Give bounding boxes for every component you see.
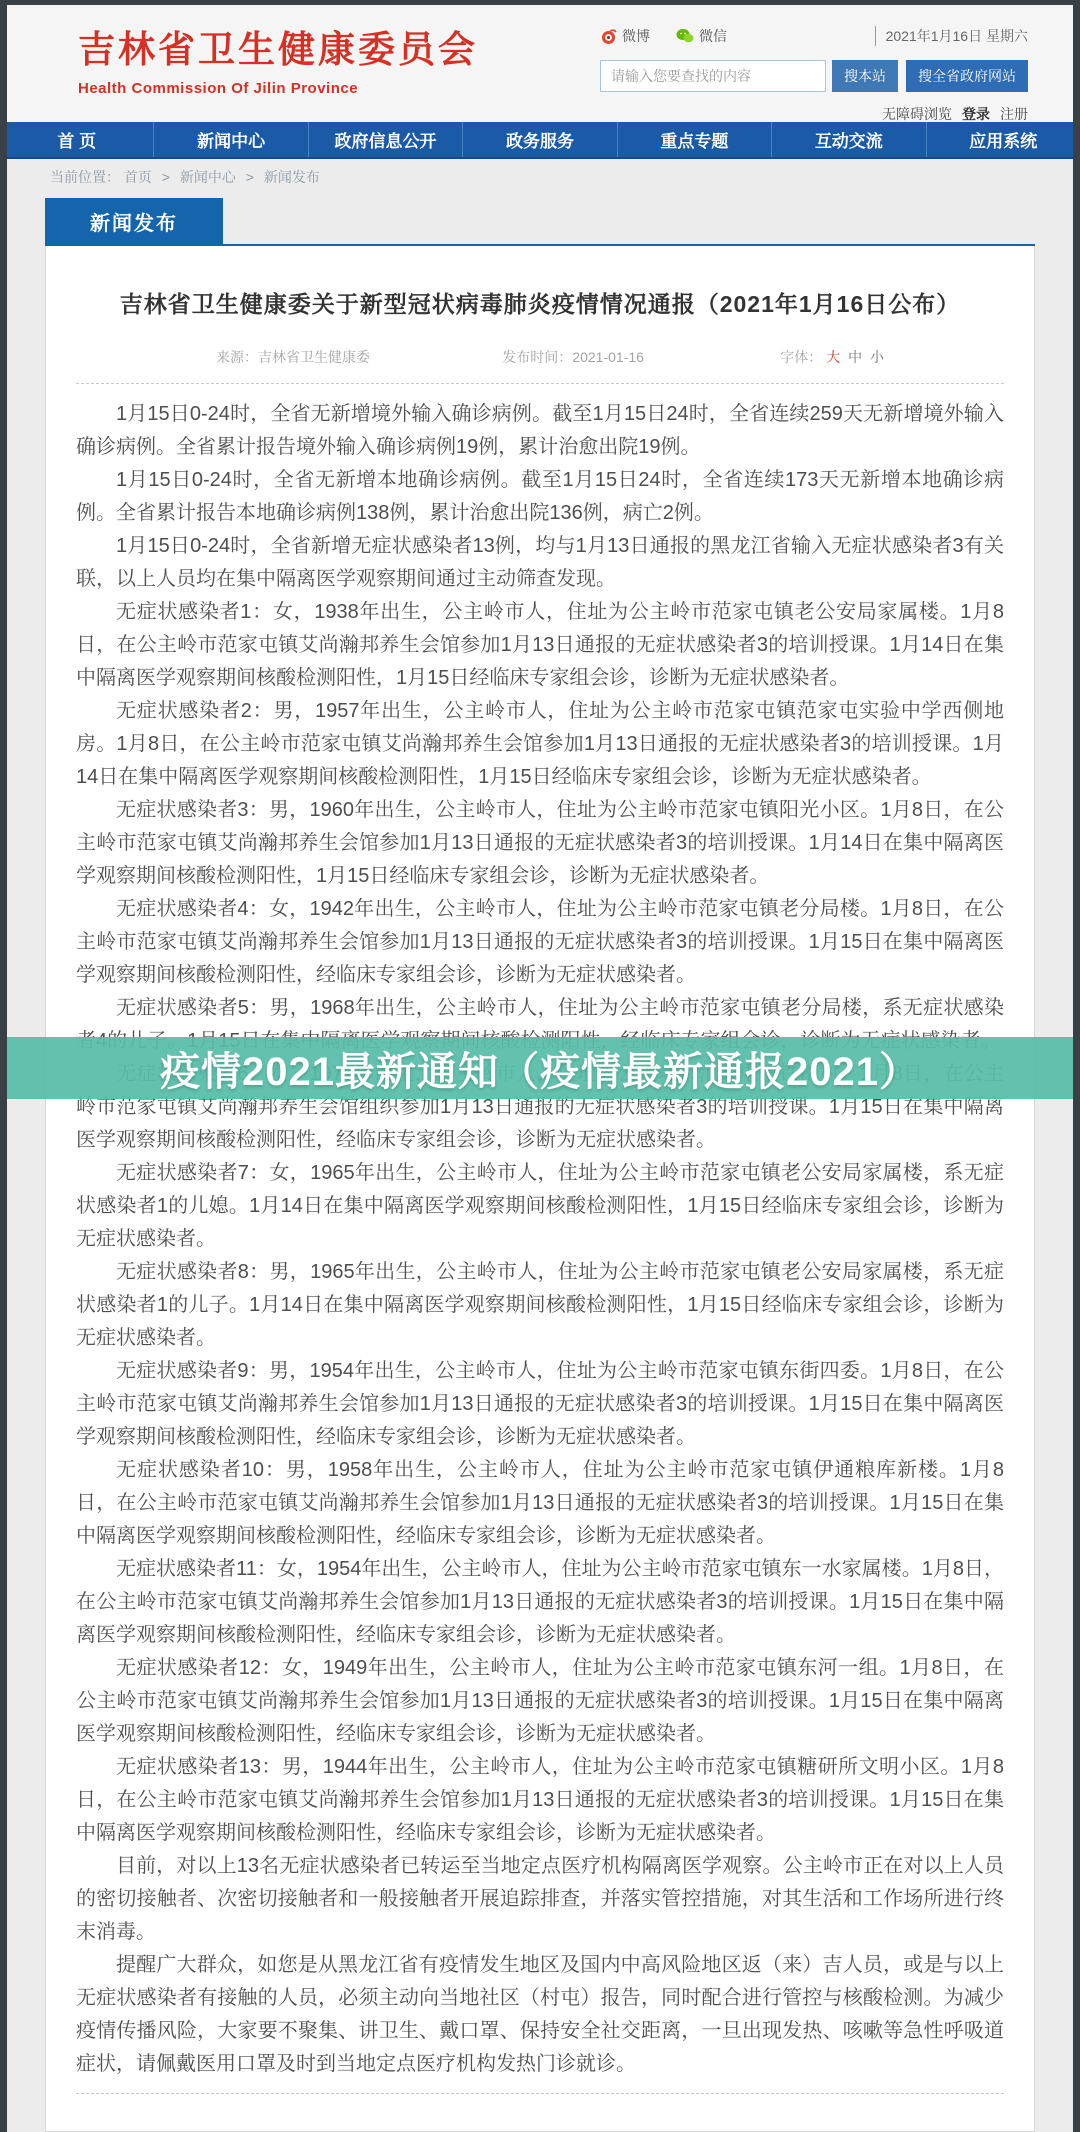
page: 吉林省卫生健康委员会 Health Commission Of Jilin Pr… bbox=[0, 0, 1080, 2132]
article-paragraph: 无症状感染者10：男，1958年出生，公主岭市人，住址为公主岭市范家屯镇伊通粮库… bbox=[76, 1454, 1004, 1553]
article-paragraph: 无症状感染者1：女，1938年出生，公主岭市人，住址为公主岭市范家屯镇老公安局家… bbox=[76, 596, 1004, 695]
article-paragraph: 无症状感染者7：女，1965年出生，公主岭市人，住址为公主岭市范家屯镇老公安局家… bbox=[76, 1157, 1004, 1256]
tab-news-release[interactable]: 新闻发布 bbox=[45, 198, 223, 245]
wechat-icon bbox=[676, 28, 694, 44]
article-title: 吉林省卫生健康委关于新型冠状病毒肺炎疫情情况通报（2021年1月16日公布） bbox=[101, 286, 979, 319]
article-paragraph: 1月15日0-24时，全省无新增本地确诊病例。截至1月15日24时，全省连续17… bbox=[76, 464, 1004, 530]
site-title-cn: 吉林省卫生健康委员会 bbox=[78, 19, 478, 73]
font-label: 字体： bbox=[780, 349, 822, 365]
register-link[interactable]: 注册 bbox=[1000, 104, 1028, 124]
nav-item-gov-info[interactable]: 政府信息公开 bbox=[308, 122, 462, 157]
site-header: 吉林省卫生健康委员会 Health Commission Of Jilin Pr… bbox=[0, 5, 1080, 122]
header-right: 微博 微信 2021年1月16日 星期六 搜本站 搜全省政府网站 bbox=[600, 25, 1028, 124]
breadcrumb-news-center[interactable]: 新闻中心 bbox=[180, 169, 236, 185]
weibo-label: 微博 bbox=[622, 26, 650, 46]
publish-label: 发布时间： bbox=[502, 349, 572, 365]
breadcrumb: 当前位置： 首页 > 新闻中心 > 新闻发布 bbox=[50, 167, 320, 187]
source-value: 吉林省卫生健康委 bbox=[258, 349, 370, 365]
article-paragraph: 无症状感染者3：男，1960年出生，公主岭市人，住址为公主岭市范家屯镇阳光小区。… bbox=[76, 794, 1004, 893]
screenshot-top-edge bbox=[0, 0, 1080, 5]
site-title-en: Health Commission Of Jilin Province bbox=[78, 80, 478, 97]
source-label: 来源： bbox=[216, 349, 258, 365]
font-size-small-button[interactable]: 小 bbox=[870, 349, 884, 365]
article-paragraph: 无症状感染者13：男，1944年出生，公主岭市人，住址为公主岭市范家屯镇糖研所文… bbox=[76, 1751, 1004, 1850]
article-paragraph: 无症状感染者8：男，1965年出生，公主岭市人，住址为公主岭市范家屯镇老公安局家… bbox=[76, 1256, 1004, 1355]
accessibility-link[interactable]: 无障碍浏览 bbox=[882, 104, 952, 124]
search-row: 搜本站 搜全省政府网站 bbox=[600, 60, 1028, 92]
nav-item-news-center[interactable]: 新闻中心 bbox=[153, 122, 307, 157]
nav-item-home[interactable]: 首 页 bbox=[0, 122, 153, 157]
breadcrumb-news-release[interactable]: 新闻发布 bbox=[264, 169, 320, 185]
article-paragraph: 提醒广大群众，如您是从黑龙江省有疫情发生地区及国内中高风险地区返（来）吉人员，或… bbox=[76, 1949, 1004, 2081]
article-paragraph: 1月15日0-24时，全省无新增境外输入确诊病例。截至1月15日24时，全省连续… bbox=[76, 398, 1004, 464]
font-size-large-button[interactable]: 大 bbox=[826, 349, 840, 365]
utility-links: 无障碍浏览 登录 注册 bbox=[600, 104, 1028, 124]
screenshot-right-edge bbox=[1073, 0, 1080, 2132]
breadcrumb-home[interactable]: 首页 bbox=[124, 169, 152, 185]
article-paragraph: 目前，对以上13名无症状感染者已转运至当地定点医疗机构隔离医学观察。公主岭市正在… bbox=[76, 1850, 1004, 1949]
nav-item-app-systems[interactable]: 应用系统 bbox=[926, 122, 1080, 157]
login-link[interactable]: 登录 bbox=[962, 104, 990, 124]
wechat-link[interactable]: 微信 bbox=[676, 26, 727, 46]
breadcrumb-separator: > bbox=[162, 169, 170, 185]
publish-value: 2021-01-16 bbox=[572, 349, 644, 365]
article-meta: 来源：吉林省卫生健康委 发布时间：2021-01-16 字体：大 中 小 bbox=[216, 347, 884, 367]
breadcrumb-separator: > bbox=[246, 169, 254, 185]
article-publish-time: 发布时间：2021-01-16 bbox=[502, 347, 644, 367]
article-body: 1月15日0-24时，全省无新增境外输入确诊病例。截至1月15日24时，全省连续… bbox=[46, 384, 1034, 2081]
font-size-medium-button[interactable]: 中 bbox=[848, 349, 862, 365]
nav-item-key-topics[interactable]: 重点专题 bbox=[617, 122, 771, 157]
search-input[interactable] bbox=[600, 60, 826, 92]
weibo-link[interactable]: 微博 bbox=[600, 26, 650, 46]
font-size-control: 字体：大 中 小 bbox=[776, 347, 884, 367]
article-paragraph: 无症状感染者11：女，1954年出生，公主岭市人，住址为公主岭市范家屯镇东一水家… bbox=[76, 1553, 1004, 1652]
article-container: 吉林省卫生健康委关于新型冠状病毒肺炎疫情情况通报（2021年1月16日公布） 来… bbox=[45, 246, 1035, 2132]
article-paragraph: 无症状感染者9：男，1954年出生，公主岭市人，住址为公主岭市范家屯镇东街四委。… bbox=[76, 1355, 1004, 1454]
article-paragraph: 无症状感染者12：女，1949年出生，公主岭市人，住址为公主岭市范家屯镇东河一组… bbox=[76, 1652, 1004, 1751]
article-paragraph: 1月15日0-24时，全省新增无症状感染者13例，均与1月13日通报的黑龙江省输… bbox=[76, 530, 1004, 596]
social-date-row: 微博 微信 2021年1月16日 星期六 bbox=[600, 25, 1028, 47]
nav-item-gov-services[interactable]: 政务服务 bbox=[462, 122, 616, 157]
article-source: 来源：吉林省卫生健康委 bbox=[216, 347, 370, 367]
bottom-divider bbox=[76, 2093, 1004, 2094]
nav-item-interaction[interactable]: 互动交流 bbox=[771, 122, 925, 157]
breadcrumb-prefix: 当前位置： bbox=[50, 169, 120, 185]
article-paragraph: 无症状感染者4：女，1942年出生，公主岭市人，住址为公主岭市范家屯镇老分局楼。… bbox=[76, 893, 1004, 992]
wechat-label: 微信 bbox=[699, 26, 727, 46]
site-logo: 吉林省卫生健康委员会 Health Commission Of Jilin Pr… bbox=[78, 19, 478, 97]
current-date: 2021年1月16日 星期六 bbox=[875, 26, 1028, 46]
overlay-banner: 疫情2021最新通知（疫情最新通报2021） bbox=[0, 1037, 1080, 1099]
search-gov-button[interactable]: 搜全省政府网站 bbox=[906, 60, 1028, 92]
main-nav: 首 页 新闻中心 政府信息公开 政务服务 重点专题 互动交流 应用系统 bbox=[0, 122, 1080, 159]
overlay-banner-text: 疫情2021最新通知（疫情最新通报2021） bbox=[160, 1040, 920, 1097]
weibo-icon bbox=[600, 28, 617, 45]
article-paragraph: 无症状感染者2：男，1957年出生，公主岭市人，住址为公主岭市范家屯镇范家屯实验… bbox=[76, 695, 1004, 794]
screenshot-left-edge bbox=[0, 0, 7, 2132]
search-site-button[interactable]: 搜本站 bbox=[832, 60, 898, 92]
